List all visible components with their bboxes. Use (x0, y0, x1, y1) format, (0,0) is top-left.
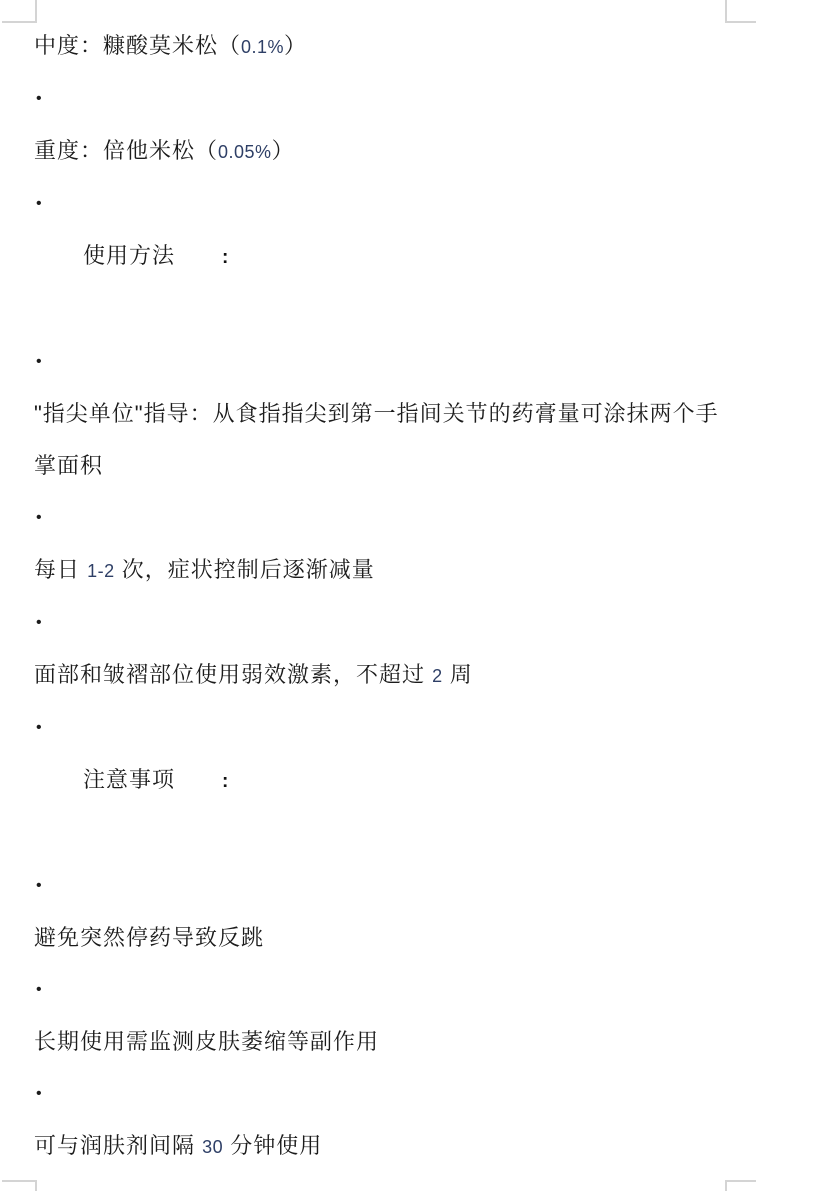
cjk-text: 重度：倍他米松（ (34, 138, 218, 163)
cjk-text: 注意事项 (83, 767, 175, 792)
section-heading: 注意事项: (34, 754, 726, 808)
numeric-text: 30 (202, 1137, 223, 1157)
cjk-text: 分钟使用 (223, 1133, 322, 1158)
cjk-text: 避免突然停药导致反跳 (34, 925, 264, 950)
bullet-marker: • (36, 719, 43, 736)
bullet-line: • (34, 597, 726, 649)
numeric-text: 0.1% (241, 37, 284, 57)
cjk-text: 可与润肤剂间隔 (34, 1133, 202, 1158)
text-boundary-mark-bottom-right (725, 1180, 756, 1191)
cjk-text: 周 (443, 662, 473, 687)
bullet-marker: • (36, 195, 43, 212)
text-line: 重度：倍他米松（0.05%） (34, 125, 726, 178)
document-page: { "page": { "background": "#ffffff", "te… (0, 0, 822, 1191)
numeric-text: 0.05% (218, 142, 272, 162)
bullet-marker: • (36, 90, 43, 107)
text-line: 长期使用需监测皮肤萎缩等副作用 (34, 1016, 726, 1068)
bullet-marker: • (36, 353, 43, 370)
heading-colon: : (222, 247, 229, 268)
bullet-line: • (34, 860, 726, 912)
bullet-marker: • (36, 981, 43, 998)
bullet-line: • (34, 336, 726, 388)
cjk-text: 每日 (34, 557, 87, 582)
cjk-text: 中度：糠酸莫米松（ (34, 33, 241, 58)
bullet-line: • (34, 1068, 726, 1120)
document-body: 中度：糠酸莫米松（0.1%）•重度：倍他米松（0.05%）•使用方法:•"指尖单… (34, 20, 726, 1173)
bullet-line: • (34, 964, 726, 1016)
blank-line (34, 284, 726, 336)
cjk-text: 面部和皱褶部位使用弱效激素，不超过 (34, 662, 432, 687)
text-boundary-mark-top-left (2, 0, 37, 23)
bullet-marker: • (36, 509, 43, 526)
cjk-text: 长期使用需监测皮肤萎缩等副作用 (34, 1029, 379, 1054)
cjk-text: 次，症状控制后逐渐减量 (115, 557, 375, 582)
text-boundary-mark-top-right (725, 0, 756, 23)
bullet-marker: • (36, 877, 43, 894)
bullet-line: • (34, 492, 726, 544)
text-line: 中度：糠酸莫米松（0.1%） (34, 20, 726, 73)
bullet-line: • (34, 73, 726, 125)
bullet-marker: • (36, 1085, 43, 1102)
cjk-text: ） (284, 33, 307, 58)
cjk-text: 使用方法 (83, 243, 175, 268)
numeric-text: 1-2 (87, 561, 115, 581)
text-line: "指尖单位"指导：从食指指尖到第一指间关节的药膏量可涂抹两个手掌面积 (34, 388, 726, 492)
text-line: 可与润肤剂间隔 30 分钟使用 (34, 1120, 726, 1173)
text-boundary-mark-bottom-left (2, 1180, 37, 1191)
text-line: 面部和皱褶部位使用弱效激素，不超过 2 周 (34, 649, 726, 702)
bullet-marker: • (36, 614, 43, 631)
numeric-text: 2 (432, 666, 443, 686)
text-line: 每日 1-2 次，症状控制后逐渐减量 (34, 544, 726, 597)
blank-line (34, 808, 726, 860)
cjk-text: "指尖单位"指导：从食指指尖到第一指间关节的药膏量可涂抹两个手掌面积 (34, 401, 719, 478)
text-line: 避免突然停药导致反跳 (34, 912, 726, 964)
section-heading: 使用方法: (34, 230, 726, 284)
bullet-line: • (34, 178, 726, 230)
cjk-text: ） (272, 138, 295, 163)
bullet-line: • (34, 702, 726, 754)
heading-colon: : (222, 771, 229, 792)
